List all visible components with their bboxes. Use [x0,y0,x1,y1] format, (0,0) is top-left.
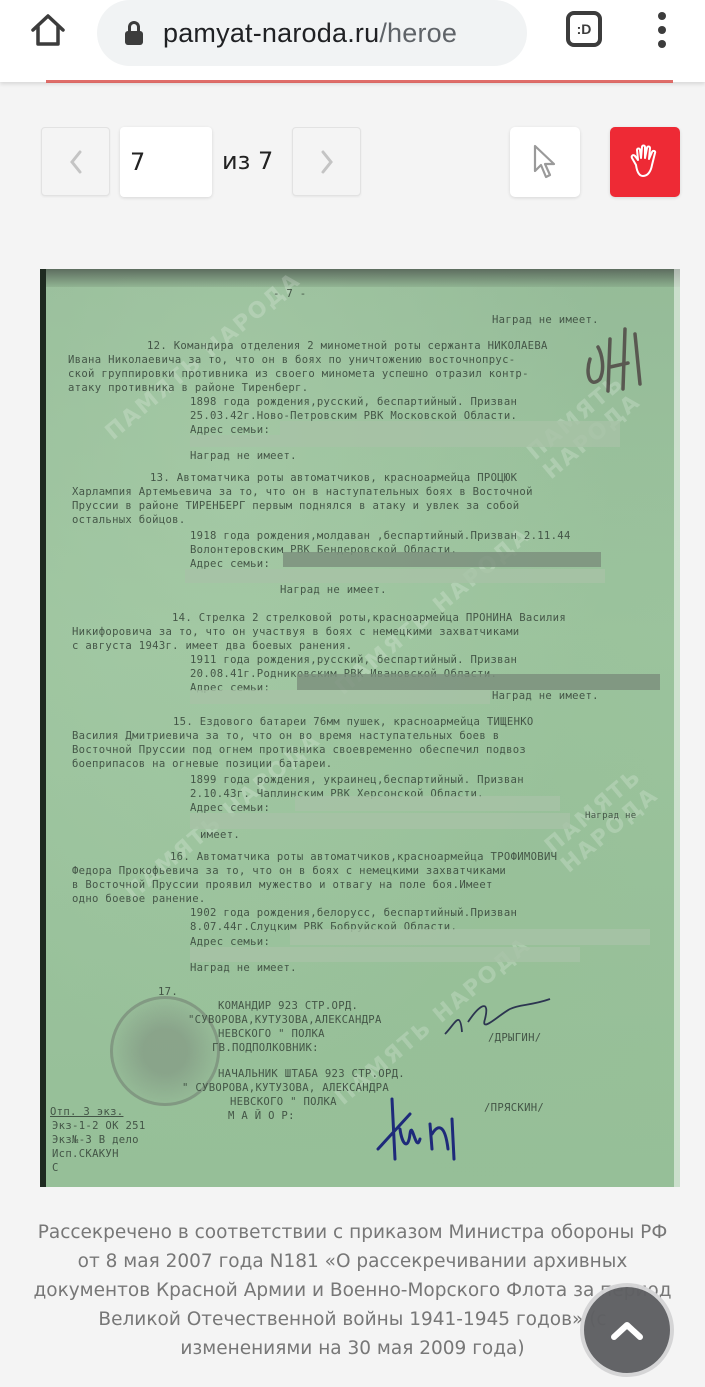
doc-line: Экз№-3 В дело [52,1133,139,1147]
doc-line: в Восточной Пруссии проявил мужество и о… [72,878,493,892]
doc-line: 1899 года рождения, украинец,беспартийны… [190,773,524,787]
doc-line: Наград не имеет. [492,689,599,703]
doc-line: Никифоровича за то, что он участвуя в бо… [72,625,519,639]
url-path: /heroe [379,18,457,48]
redaction [185,569,605,583]
doc-line: ской группировки противника из своего ми… [68,367,529,381]
document-left-edge [40,269,46,1187]
doc-line: Наград не имеет. [190,961,297,975]
hand-pan-icon [626,143,664,181]
doc-line: Пруссии в районе ТИРЕНБЕРГ первым поднял… [72,499,519,513]
doc-line: 1911 года рождения,русский, беспартийный… [190,653,517,667]
doc-line: "СУВОРОВА,КУТУЗОВА,АЛЕКСАНДРА [188,1013,382,1027]
doc-line: КОМАНДИР 923 СТР.ОРД. [218,999,358,1013]
doc-line: Наград не [585,809,636,823]
document-top-edge [40,269,680,287]
doc-line: Ивана Николаевича за то, что он в боях п… [68,353,515,367]
doc-line: НАЧАЛЬНИК ШТАБА 923 СТР.ОРД. [218,1067,405,1081]
doc-line: остальных бойцов. [72,513,186,527]
handwritten-number-mark [580,319,650,399]
extension-button[interactable]: :D [566,11,602,47]
doc-line: М А Й О Р: [228,1109,295,1123]
home-button[interactable] [26,10,70,50]
doc-line: одно боевое ранение. [72,892,206,906]
doc-line: Восточной Пруссии под огнем противника с… [72,743,526,757]
doc-line: 12. Командира отделения 2 минометной рот… [147,339,548,353]
redaction [290,929,650,945]
url-text: pamyat-naroda.ru/heroe [163,18,457,49]
redaction [190,690,490,704]
chevron-right-icon [319,149,335,175]
doc-line: атаку противника в районе Тиренберг. [68,381,308,395]
doc-line: 16. Автоматчика роты автоматчиков,красно… [170,850,557,864]
page-number-typed: - 7 - [273,287,306,301]
doc-line: " СУВОРОВА,КУТУЗОВА, АЛЕКСАНДРА [182,1081,389,1095]
doc-line: ГВ.ПОДПОЛКОВНИК: [212,1041,319,1055]
redaction [190,947,580,962]
home-icon [30,13,66,47]
doc-line: 1902 года рождения,белорусс, беспартийны… [190,906,517,920]
cursor-pointer-icon [531,143,559,181]
doc-line: НЕВСКОГО " ПОЛКА [218,1027,325,1041]
address-bar[interactable]: pamyat-naroda.ru/heroe [97,0,527,66]
doc-line: имеет. [200,828,240,842]
doc-line: Исп.СКАКУН [52,1147,119,1161]
lock-icon [125,21,143,45]
declassification-notice: Рассекречено в соответствии с приказом М… [30,1218,675,1363]
redaction [190,435,620,447]
redaction [280,421,620,435]
next-page-button[interactable] [292,127,361,196]
doc-line: НЕВСКОГО " ПОЛКА [230,1095,337,1109]
doc-line: с августа 1943г. имеет два боевых ранени… [72,639,352,653]
page-number-input[interactable] [120,127,212,197]
page-total-label: из 7 [222,147,273,175]
prev-page-button[interactable] [41,127,110,196]
doc-line: 17. [158,985,178,999]
page-header-divider [46,80,673,83]
doc-line: 1898 года рождения,русский, беспартийный… [190,395,517,409]
doc-line: Федора Прокофьевича за то, что он в боях… [72,864,506,878]
redaction [297,674,660,690]
url-domain: pamyat-naroda.ru [163,18,379,48]
redaction [190,813,570,829]
pointer-tool-button[interactable] [510,127,580,197]
doc-line: Отп. 3 экз. [50,1105,123,1119]
browser-toolbar: pamyat-naroda.ru/heroe :D [0,0,705,82]
hand-tool-button[interactable] [610,127,680,197]
doc-line: 13. Автоматчика роты автоматчиков, красн… [150,471,517,485]
chevron-up-icon [610,1319,644,1341]
doc-line: Наград не имеет. [280,583,387,597]
doc-line: 15. Ездового батареи 76мм пушек, красноа… [173,715,534,729]
doc-line: С [52,1161,59,1175]
redaction [295,796,560,811]
doc-line: 14. Стрелка 2 стрелковой роты,красноарме… [172,611,566,625]
doc-line: 1918 года рождения,молдаван ,беспартийны… [190,529,571,543]
extension-label: :D [577,21,592,37]
chevron-left-icon [68,149,84,175]
doc-line: Василия Дмитриевича за то, что он во вре… [72,729,499,743]
scroll-to-top-button[interactable] [580,1283,674,1377]
doc-line: Харлампия Артемьевича за то, что он в на… [72,485,533,499]
doc-line: /ПРЯСКИН/ [484,1101,544,1115]
doc-line: боеприпасов на огневые позиции батареи. [72,757,332,771]
redaction [283,552,601,567]
more-vert-icon[interactable] [652,10,672,50]
document-right-edge [674,269,680,1187]
document-scan[interactable]: ПАМЯТЬ НАРОДА ПАМЯТЬ НАРОДА ПАМЯТЬ НАРОД… [40,269,680,1187]
doc-line: Наград не имеет. [190,449,297,463]
chief-of-staff-signature [370,1089,480,1164]
commander-signature [440,994,560,1044]
doc-line: Экз-1-2 ОК 251 [52,1119,146,1133]
